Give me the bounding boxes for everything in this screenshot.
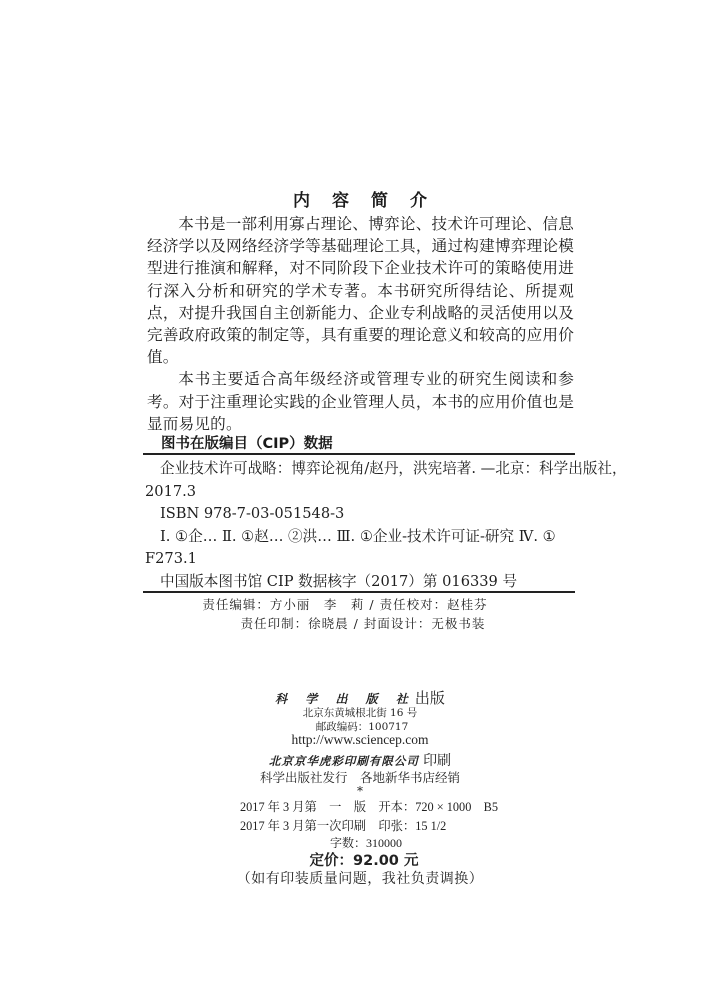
printer-suffix: 印刷	[423, 753, 451, 769]
summary-body: 本书是一部利用寡占理论、博弈论、技术许可理论、信息经济学以及网络经济学等基础理论…	[147, 213, 574, 435]
printer-line: 北京京华虎彩印刷有限公司 印刷	[0, 750, 720, 770]
cip-date-line: 2017.3	[145, 481, 575, 504]
cip-isbn-line: ISBN 978-7-03-051548-3	[145, 503, 575, 526]
publisher-address: 北京东黄城根北街 16 号	[0, 705, 720, 720]
separator-star: *	[0, 784, 720, 798]
cip-classification-line: F273.1	[145, 548, 575, 571]
cip-title-line: 企业技术许可战略：博弈论视角/赵丹，洪宪培著. —北京：科学出版社，	[145, 458, 575, 481]
summary-title-char: 介	[410, 186, 427, 211]
cip-record-number-line: 中国版本图书馆 CIP 数据核字（2017）第 016339 号	[145, 571, 575, 594]
cip-header: 图书在版编目（CIP）数据	[161, 432, 333, 453]
production-credits: 责任印制：徐晓晨 / 封面设计：无极书装	[3, 614, 720, 632]
quality-notice: （如有印装质量问题，我社负责调换）	[0, 868, 720, 888]
cip-data-block: 企业技术许可战略：博弈论视角/赵丹，洪宪培著. —北京：科学出版社， 2017.…	[145, 458, 575, 593]
price: 定价：92.00 元	[4, 849, 720, 870]
summary-title: 内容简介	[0, 186, 720, 211]
summary-paragraph: 本书主要适合高年级经济或管理专业的研究生阅读和参考。对于注重理论实践的企业管理人…	[147, 368, 574, 435]
copyright-page: 内容简介 本书是一部利用寡占理论、博弈论、技术许可理论、信息经济学以及网络经济学…	[0, 0, 720, 1000]
publisher-name-calligraphy: 科 学 出 版 社	[275, 692, 415, 706]
cip-top-rule	[143, 453, 575, 455]
edition-info: 2017 年 3 月第 一 版 开本：720 × 1000 B52017 年 3…	[240, 798, 498, 836]
summary-paragraph: 本书是一部利用寡占理论、博弈论、技术许可理论、信息经济学以及网络经济学等基础理论…	[147, 213, 574, 368]
editor-credits: 责任编辑：方小丽 李 莉 / 责任校对：赵桂芬	[0, 595, 705, 613]
cip-subject-line: Ⅰ. ①企… Ⅱ. ①赵… ②洪… Ⅲ. ①企业-技术许可证-研究 Ⅳ. ①	[145, 526, 575, 549]
cip-bottom-rule	[143, 591, 575, 593]
printer-name: 北京京华虎彩印刷有限公司	[269, 754, 419, 768]
edition-line: 2017 年 3 月第 一 版 开本：720 × 1000 B5	[240, 798, 498, 817]
summary-title-char: 简	[371, 186, 388, 211]
summary-title-char: 内	[293, 186, 310, 211]
publisher-url: http://www.sciencep.com	[0, 732, 720, 748]
summary-title-char: 容	[332, 186, 349, 211]
